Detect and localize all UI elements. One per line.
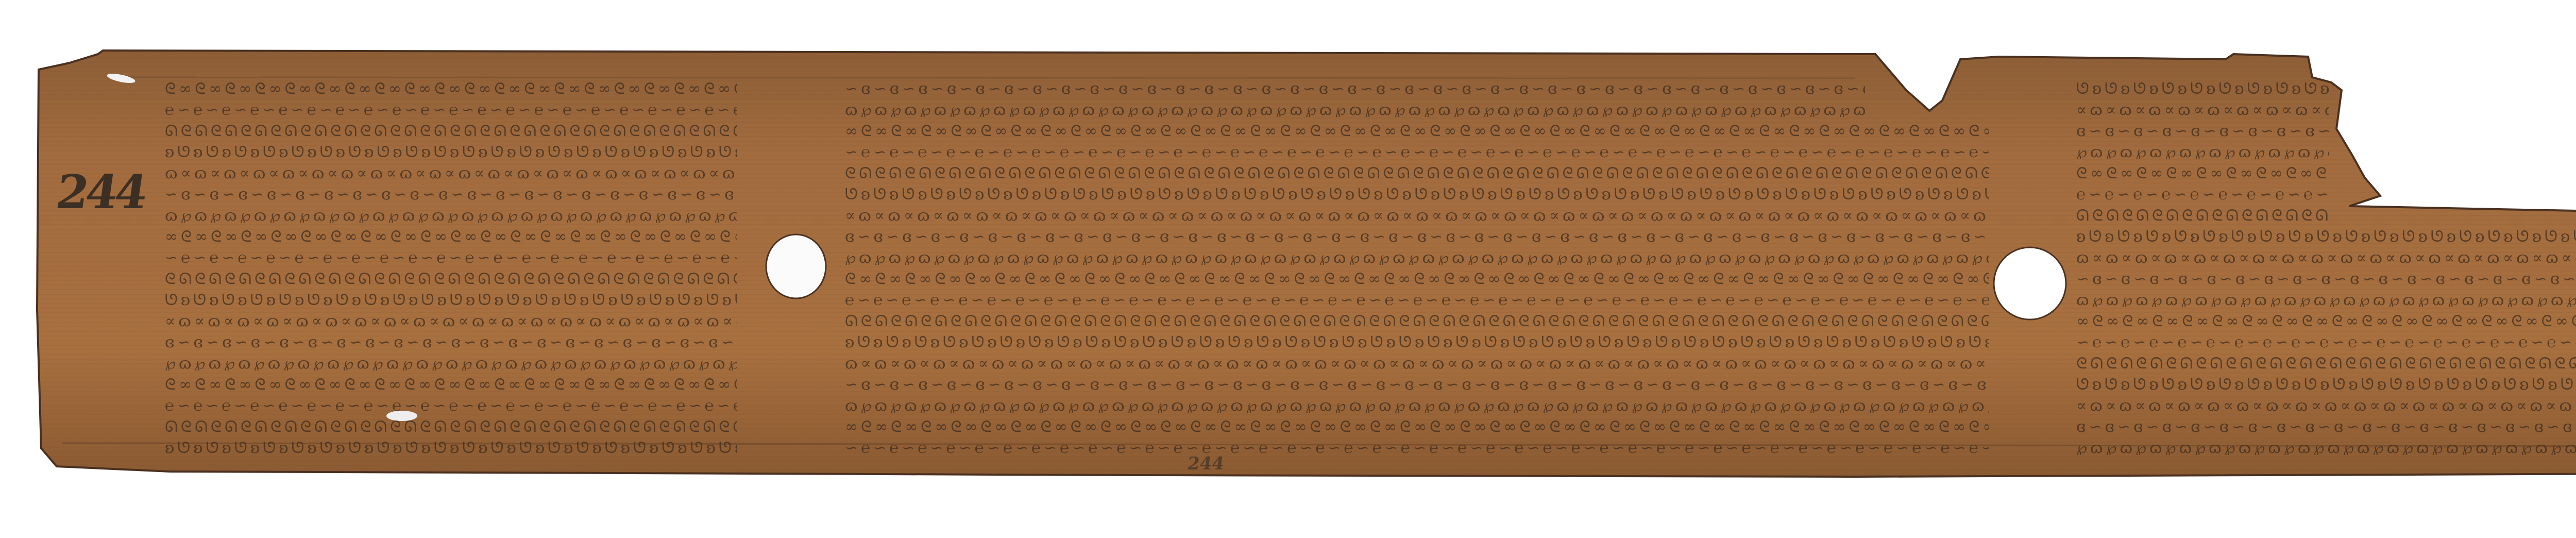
- script-line: ∽℮∽℮∽℮∽℮∽℮∽℮∽℮∽℮∽℮∽℮∽℮∽℮∽℮∽℮∽℮∽℮∽℮∽℮∽℮∽℮…: [845, 146, 1989, 159]
- script-line: ᘎʚᘎʚᘎʚᘎʚᘎʚᘎʚᘎʚᘎʚᘎʚᘎʚᘎʚᘎʚᘎʚᘎʚᘎʚᘎʚᘎʚᘎʚᘎʚᘎʚ…: [2076, 82, 2329, 96]
- script-line: ℮∽℮∽℮∽℮∽℮∽℮∽℮∽℮∽℮∽℮∽℮∽℮∽℮∽℮∽℮∽℮∽℮∽℮∽℮∽℮∽…: [2076, 188, 2329, 201]
- script-line: ∞ᘓ∞ᘓ∞ᘓ∞ᘓ∞ᘓ∞ᘓ∞ᘓ∞ᘓ∞ᘓ∞ᘓ∞ᘓ∞ᘓ∞ᘓ∞ᘓ∞ᘓ∞ᘓ∞ᘓ∞ᘓ∞ᘓ∞ᘓ…: [165, 230, 737, 244]
- script-line: ∽ɞ∽ɞ∽ɞ∽ɞ∽ɞ∽ɞ∽ɞ∽ɞ∽ɞ∽ɞ∽ɞ∽ɞ∽ɞ∽ɞ∽ɞ∽ɞ∽ɞ∽ɞ∽ɞ∽ɞ…: [845, 378, 1989, 392]
- script-line: ʚᘎʚᘎʚᘎʚᘎʚᘎʚᘎʚᘎʚᘎʚᘎʚᘎʚᘎʚᘎʚᘎʚᘎʚᘎʚᘎʚᘎʚᘎʚᘎʚᘎ…: [2076, 230, 2576, 244]
- script-line: ʚᘎʚᘎʚᘎʚᘎʚᘎʚᘎʚᘎʚᘎʚᘎʚᘎʚᘎʚᘎʚᘎʚᘎʚᘎʚᘎʚᘎʚᘎʚᘎʚᘎ…: [845, 336, 1989, 349]
- script-line: ɞ∽ɞ∽ɞ∽ɞ∽ɞ∽ɞ∽ɞ∽ɞ∽ɞ∽ɞ∽ɞ∽ɞ∽ɞ∽ɞ∽ɞ∽ɞ∽ɞ∽ɞ∽ɞ∽ɞ∽…: [165, 336, 737, 349]
- script-line: ɷ∝ɷ∝ɷ∝ɷ∝ɷ∝ɷ∝ɷ∝ɷ∝ɷ∝ɷ∝ɷ∝ɷ∝ɷ∝ɷ∝ɷ∝ɷ∝ɷ∝ɷ∝ɷ∝ɷ∝…: [845, 357, 1989, 371]
- script-line: ɷ℘ɷ℘ɷ℘ɷ℘ɷ℘ɷ℘ɷ℘ɷ℘ɷ℘ɷ℘ɷ℘ɷ℘ɷ℘ɷ℘ɷ℘ɷ℘ɷ℘ɷ℘ɷ℘ɷ℘…: [2076, 294, 2576, 307]
- script-line: ᘓ∞ᘓ∞ᘓ∞ᘓ∞ᘓ∞ᘓ∞ᘓ∞ᘓ∞ᘓ∞ᘓ∞ᘓ∞ᘓ∞ᘓ∞ᘓ∞ᘓ∞ᘓ∞ᘓ∞ᘓ∞ᘓ∞ᘓ∞…: [2076, 167, 2329, 180]
- script-line: ᘓ∞ᘓ∞ᘓ∞ᘓ∞ᘓ∞ᘓ∞ᘓ∞ᘓ∞ᘓ∞ᘓ∞ᘓ∞ᘓ∞ᘓ∞ᘓ∞ᘓ∞ᘓ∞ᘓ∞ᘓ∞ᘓ∞ᘓ∞…: [845, 273, 1989, 286]
- script-line: ᘎʚᘎʚᘎʚᘎʚᘎʚᘎʚᘎʚᘎʚᘎʚᘎʚᘎʚᘎʚᘎʚᘎʚᘎʚᘎʚᘎʚᘎʚᘎʚᘎʚ…: [845, 188, 1989, 201]
- script-line: ɷ℘ɷ℘ɷ℘ɷ℘ɷ℘ɷ℘ɷ℘ɷ℘ɷ℘ɷ℘ɷ℘ɷ℘ɷ℘ɷ℘ɷ℘ɷ℘ɷ℘ɷ℘ɷ℘ɷ℘…: [845, 104, 1865, 117]
- script-line: ∽ɞ∽ɞ∽ɞ∽ɞ∽ɞ∽ɞ∽ɞ∽ɞ∽ɞ∽ɞ∽ɞ∽ɞ∽ɞ∽ɞ∽ɞ∽ɞ∽ɞ∽ɞ∽ɞ∽ɞ…: [165, 188, 737, 201]
- script-line: ∞ᘓ∞ᘓ∞ᘓ∞ᘓ∞ᘓ∞ᘓ∞ᘓ∞ᘓ∞ᘓ∞ᘓ∞ᘓ∞ᘓ∞ᘓ∞ᘓ∞ᘓ∞ᘓ∞ᘓ∞ᘓ∞ᘓ∞ᘓ…: [845, 421, 1989, 434]
- script-line: ℘ɷ℘ɷ℘ɷ℘ɷ℘ɷ℘ɷ℘ɷ℘ɷ℘ɷ℘ɷ℘ɷ℘ɷ℘ɷ℘ɷ℘ɷ℘ɷ℘ɷ℘ɷ℘ɷ℘ɷ…: [165, 357, 737, 371]
- script-line: ᘓᘏᘓᘏᘓᘏᘓᘏᘓᘏᘓᘏᘓᘏᘓᘏᘓᘏᘓᘏᘓᘏᘓᘏᘓᘏᘓᘏᘓᘏᘓᘏᘓᘏᘓᘏᘓᘏᘓᘏ…: [165, 273, 737, 286]
- script-line: ∽ɞ∽ɞ∽ɞ∽ɞ∽ɞ∽ɞ∽ɞ∽ɞ∽ɞ∽ɞ∽ɞ∽ɞ∽ɞ∽ɞ∽ɞ∽ɞ∽ɞ∽ɞ∽ɞ∽ɞ…: [845, 82, 1865, 96]
- script-line: ᘏᘓᘏᘓᘏᘓᘏᘓᘏᘓᘏᘓᘏᘓᘏᘓᘏᘓᘏᘓᘏᘓᘏᘓᘏᘓᘏᘓᘏᘓᘏᘓᘏᘓᘏᘓᘏᘓᘏᘓ…: [165, 125, 737, 138]
- script-line: ℮∽℮∽℮∽℮∽℮∽℮∽℮∽℮∽℮∽℮∽℮∽℮∽℮∽℮∽℮∽℮∽℮∽℮∽℮∽℮∽…: [845, 294, 1989, 307]
- script-line: ʚᘎʚᘎʚᘎʚᘎʚᘎʚᘎʚᘎʚᘎʚᘎʚᘎʚᘎʚᘎʚᘎʚᘎʚᘎʚᘎʚᘎʚᘎʚᘎʚᘎ…: [165, 442, 737, 455]
- script-line: ∞ᘓ∞ᘓ∞ᘓ∞ᘓ∞ᘓ∞ᘓ∞ᘓ∞ᘓ∞ᘓ∞ᘓ∞ᘓ∞ᘓ∞ᘓ∞ᘓ∞ᘓ∞ᘓ∞ᘓ∞ᘓ∞ᘓ∞ᘓ…: [2076, 315, 2576, 328]
- margin-folio-number-bottom: 244: [1186, 453, 1226, 474]
- script-line: ᘓ∞ᘓ∞ᘓ∞ᘓ∞ᘓ∞ᘓ∞ᘓ∞ᘓ∞ᘓ∞ᘓ∞ᘓ∞ᘓ∞ᘓ∞ᘓ∞ᘓ∞ᘓ∞ᘓ∞ᘓ∞ᘓ∞ᘓ∞…: [165, 378, 737, 392]
- script-line: ∽℮∽℮∽℮∽℮∽℮∽℮∽℮∽℮∽℮∽℮∽℮∽℮∽℮∽℮∽℮∽℮∽℮∽℮∽℮∽℮…: [2076, 336, 2576, 349]
- script-line: ɷ∝ɷ∝ɷ∝ɷ∝ɷ∝ɷ∝ɷ∝ɷ∝ɷ∝ɷ∝ɷ∝ɷ∝ɷ∝ɷ∝ɷ∝ɷ∝ɷ∝ɷ∝ɷ∝ɷ∝…: [2076, 251, 2576, 265]
- script-line: ɞ∽ɞ∽ɞ∽ɞ∽ɞ∽ɞ∽ɞ∽ɞ∽ɞ∽ɞ∽ɞ∽ɞ∽ɞ∽ɞ∽ɞ∽ɞ∽ɞ∽ɞ∽ɞ∽ɞ∽…: [2076, 421, 2576, 434]
- script-line: ᘏᘓᘏᘓᘏᘓᘏᘓᘏᘓᘏᘓᘏᘓᘏᘓᘏᘓᘏᘓᘏᘓᘏᘓᘏᘓᘏᘓᘏᘓᘏᘓᘏᘓᘏᘓᘏᘓᘏᘓ…: [2076, 209, 2329, 223]
- script-line: ℘ɷ℘ɷ℘ɷ℘ɷ℘ɷ℘ɷ℘ɷ℘ɷ℘ɷ℘ɷ℘ɷ℘ɷ℘ɷ℘ɷ℘ɷ℘ɷ℘ɷ℘ɷ℘ɷ℘ɷ…: [2076, 146, 2329, 159]
- script-line: ∝ɷ∝ɷ∝ɷ∝ɷ∝ɷ∝ɷ∝ɷ∝ɷ∝ɷ∝ɷ∝ɷ∝ɷ∝ɷ∝ɷ∝ɷ∝ɷ∝ɷ∝ɷ∝ɷ∝ɷ…: [165, 315, 737, 328]
- script-line: ᘏᘓᘏᘓᘏᘓᘏᘓᘏᘓᘏᘓᘏᘓᘏᘓᘏᘓᘏᘓᘏᘓᘏᘓᘏᘓᘏᘓᘏᘓᘏᘓᘏᘓᘏᘓᘏᘓᘏᘓ…: [845, 315, 1989, 328]
- string-hole-left: [766, 234, 826, 298]
- script-line: ɷ℘ɷ℘ɷ℘ɷ℘ɷ℘ɷ℘ɷ℘ɷ℘ɷ℘ɷ℘ɷ℘ɷ℘ɷ℘ɷ℘ɷ℘ɷ℘ɷ℘ɷ℘ɷ℘ɷ℘…: [165, 209, 737, 223]
- script-line: ᘎʚᘎʚᘎʚᘎʚᘎʚᘎʚᘎʚᘎʚᘎʚᘎʚᘎʚᘎʚᘎʚᘎʚᘎʚᘎʚᘎʚᘎʚᘎʚᘎʚ…: [2076, 378, 2576, 392]
- script-line: ɷ∝ɷ∝ɷ∝ɷ∝ɷ∝ɷ∝ɷ∝ɷ∝ɷ∝ɷ∝ɷ∝ɷ∝ɷ∝ɷ∝ɷ∝ɷ∝ɷ∝ɷ∝ɷ∝ɷ∝…: [165, 167, 737, 180]
- script-line: ∝ɷ∝ɷ∝ɷ∝ɷ∝ɷ∝ɷ∝ɷ∝ɷ∝ɷ∝ɷ∝ɷ∝ɷ∝ɷ∝ɷ∝ɷ∝ɷ∝ɷ∝ɷ∝ɷ∝ɷ…: [2076, 399, 2576, 413]
- script-line: ∝ɷ∝ɷ∝ɷ∝ɷ∝ɷ∝ɷ∝ɷ∝ɷ∝ɷ∝ɷ∝ɷ∝ɷ∝ɷ∝ɷ∝ɷ∝ɷ∝ɷ∝ɷ∝ɷ∝ɷ…: [2076, 104, 2329, 117]
- script-line: ᘓᘏᘓᘏᘓᘏᘓᘏᘓᘏᘓᘏᘓᘏᘓᘏᘓᘏᘓᘏᘓᘏᘓᘏᘓᘏᘓᘏᘓᘏᘓᘏᘓᘏᘓᘏᘓᘏᘓᘏ…: [845, 167, 1989, 180]
- script-line: ℮∽℮∽℮∽℮∽℮∽℮∽℮∽℮∽℮∽℮∽℮∽℮∽℮∽℮∽℮∽℮∽℮∽℮∽℮∽℮∽…: [165, 399, 737, 413]
- script-line: ᘓ∞ᘓ∞ᘓ∞ᘓ∞ᘓ∞ᘓ∞ᘓ∞ᘓ∞ᘓ∞ᘓ∞ᘓ∞ᘓ∞ᘓ∞ᘓ∞ᘓ∞ᘓ∞ᘓ∞ᘓ∞ᘓ∞ᘓ∞…: [165, 82, 737, 96]
- script-line: ʚᘎʚᘎʚᘎʚᘎʚᘎʚᘎʚᘎʚᘎʚᘎʚᘎʚᘎʚᘎʚᘎʚᘎʚᘎʚᘎʚᘎʚᘎʚᘎʚᘎ…: [165, 146, 737, 159]
- script-line: ɞ∽ɞ∽ɞ∽ɞ∽ɞ∽ɞ∽ɞ∽ɞ∽ɞ∽ɞ∽ɞ∽ɞ∽ɞ∽ɞ∽ɞ∽ɞ∽ɞ∽ɞ∽ɞ∽ɞ∽…: [845, 230, 1989, 244]
- script-line: ∽℮∽℮∽℮∽℮∽℮∽℮∽℮∽℮∽℮∽℮∽℮∽℮∽℮∽℮∽℮∽℮∽℮∽℮∽℮∽℮…: [165, 251, 737, 265]
- script-line: ᘎʚᘎʚᘎʚᘎʚᘎʚᘎʚᘎʚᘎʚᘎʚᘎʚᘎʚᘎʚᘎʚᘎʚᘎʚᘎʚᘎʚᘎʚᘎʚᘎʚ…: [165, 294, 737, 307]
- script-line: ∝ɷ∝ɷ∝ɷ∝ɷ∝ɷ∝ɷ∝ɷ∝ɷ∝ɷ∝ɷ∝ɷ∝ɷ∝ɷ∝ɷ∝ɷ∝ɷ∝ɷ∝ɷ∝ɷ∝ɷ…: [845, 209, 1989, 223]
- script-line: ∽℮∽℮∽℮∽℮∽℮∽℮∽℮∽℮∽℮∽℮∽℮∽℮∽℮∽℮∽℮∽℮∽℮∽℮∽℮∽℮…: [845, 442, 1989, 455]
- string-hole-right: [1994, 247, 2066, 320]
- script-line: ɷ℘ɷ℘ɷ℘ɷ℘ɷ℘ɷ℘ɷ℘ɷ℘ɷ℘ɷ℘ɷ℘ɷ℘ɷ℘ɷ℘ɷ℘ɷ℘ɷ℘ɷ℘ɷ℘ɷ℘…: [845, 399, 1989, 413]
- palm-leaf: [0, 0, 2576, 538]
- script-line: ∽ɞ∽ɞ∽ɞ∽ɞ∽ɞ∽ɞ∽ɞ∽ɞ∽ɞ∽ɞ∽ɞ∽ɞ∽ɞ∽ɞ∽ɞ∽ɞ∽ɞ∽ɞ∽ɞ∽ɞ…: [2076, 273, 2576, 286]
- script-line: ℮∽℮∽℮∽℮∽℮∽℮∽℮∽℮∽℮∽℮∽℮∽℮∽℮∽℮∽℮∽℮∽℮∽℮∽℮∽℮∽…: [165, 104, 737, 117]
- script-line: ɞ∽ɞ∽ɞ∽ɞ∽ɞ∽ɞ∽ɞ∽ɞ∽ɞ∽ɞ∽ɞ∽ɞ∽ɞ∽ɞ∽ɞ∽ɞ∽ɞ∽ɞ∽ɞ∽ɞ∽…: [2076, 125, 2329, 138]
- script-line: ᘏᘓᘏᘓᘏᘓᘏᘓᘏᘓᘏᘓᘏᘓᘏᘓᘏᘓᘏᘓᘏᘓᘏᘓᘏᘓᘏᘓᘏᘓᘏᘓᘏᘓᘏᘓᘏᘓᘏᘓ…: [165, 421, 737, 434]
- script-line: ℘ɷ℘ɷ℘ɷ℘ɷ℘ɷ℘ɷ℘ɷ℘ɷ℘ɷ℘ɷ℘ɷ℘ɷ℘ɷ℘ɷ℘ɷ℘ɷ℘ɷ℘ɷ℘ɷ℘ɷ…: [2076, 442, 2576, 455]
- script-line: ᘓᘏᘓᘏᘓᘏᘓᘏᘓᘏᘓᘏᘓᘏᘓᘏᘓᘏᘓᘏᘓᘏᘓᘏᘓᘏᘓᘏᘓᘏᘓᘏᘓᘏᘓᘏᘓᘏᘓᘏ…: [2076, 357, 2576, 371]
- manuscript-scan: ᘓ∞ᘓ∞ᘓ∞ᘓ∞ᘓ∞ᘓ∞ᘓ∞ᘓ∞ᘓ∞ᘓ∞ᘓ∞ᘓ∞ᘓ∞ᘓ∞ᘓ∞ᘓ∞ᘓ∞ᘓ∞ᘓ∞ᘓ∞…: [0, 0, 2576, 538]
- margin-folio-number-left: 244: [53, 165, 148, 220]
- script-line: ℘ɷ℘ɷ℘ɷ℘ɷ℘ɷ℘ɷ℘ɷ℘ɷ℘ɷ℘ɷ℘ɷ℘ɷ℘ɷ℘ɷ℘ɷ℘ɷ℘ɷ℘ɷ℘ɷ℘ɷ…: [845, 251, 1989, 265]
- script-line: ∞ᘓ∞ᘓ∞ᘓ∞ᘓ∞ᘓ∞ᘓ∞ᘓ∞ᘓ∞ᘓ∞ᘓ∞ᘓ∞ᘓ∞ᘓ∞ᘓ∞ᘓ∞ᘓ∞ᘓ∞ᘓ∞ᘓ∞ᘓ…: [845, 125, 1989, 138]
